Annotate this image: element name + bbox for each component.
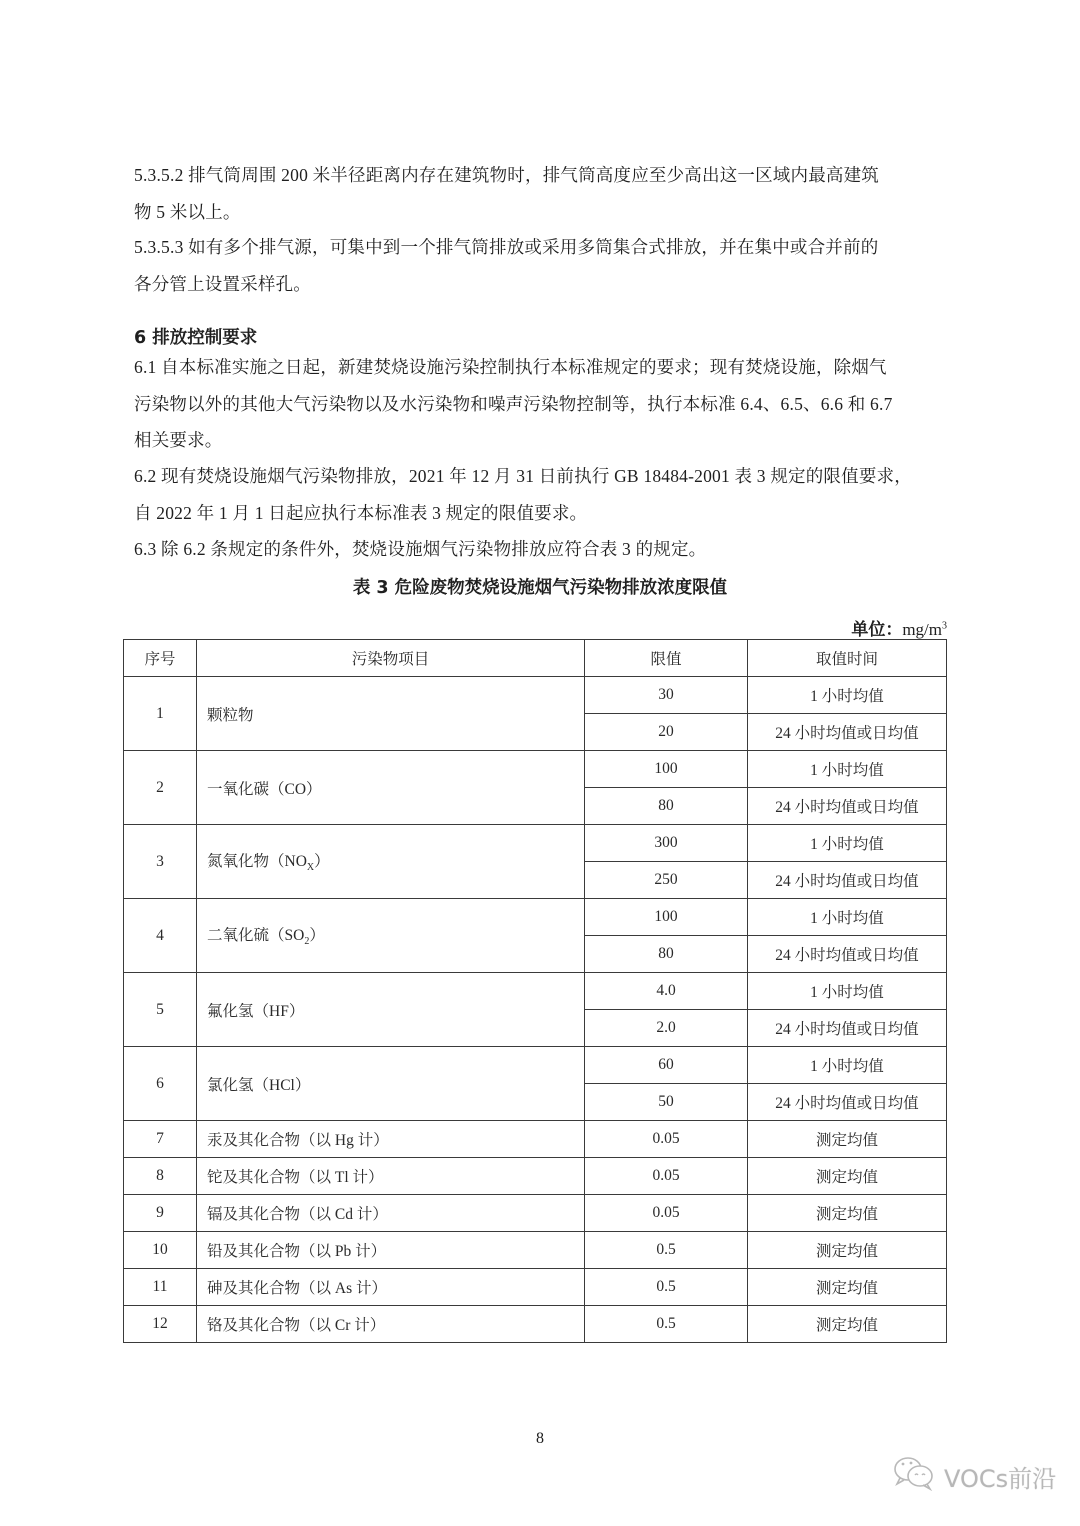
row-no: 3: [124, 825, 197, 899]
table-row: 7 汞及其化合物（以 Hg 计） 0.05 测定均值: [124, 1121, 947, 1158]
row-time: 1 小时均值: [748, 677, 947, 714]
row-limit: 0.05: [585, 1121, 748, 1158]
row-no: 5: [124, 973, 197, 1047]
row-limit: 60: [585, 1047, 748, 1084]
row-time: 测定均值: [748, 1195, 947, 1232]
watermark: VOCs前沿: [892, 1455, 1056, 1497]
row-pollutant: 氯化氢（HCl）: [197, 1047, 585, 1121]
pollutant-suffix: ）: [309, 927, 325, 944]
row-time: 24 小时均值或日均值: [748, 1084, 947, 1121]
row-pollutant: 铊及其化合物（以 Tl 计）: [197, 1158, 585, 1195]
row-pollutant: 颗粒物: [197, 677, 585, 751]
row-no: 6: [124, 1047, 197, 1121]
table-row: 3 氮氧化物（NOX） 300 1 小时均值: [124, 825, 947, 862]
table-title: 表 3 危险废物焚烧设施烟气污染物排放浓度限值: [0, 574, 1080, 599]
section-6-heading: 6 排放控制要求: [134, 324, 257, 349]
clause-5-3-5-2: 5.3.5.2 排气筒周围 200 米半径距离内存在建筑物时，排气筒高度应至少高…: [134, 157, 954, 230]
table-row: 1 颗粒物 30 1 小时均值: [124, 677, 947, 714]
row-limit: 0.5: [585, 1232, 748, 1269]
table-row: 10 铅及其化合物（以 Pb 计） 0.5 测定均值: [124, 1232, 947, 1269]
row-pollutant: 氟化氢（HF）: [197, 973, 585, 1047]
row-limit: 300: [585, 825, 748, 862]
row-time: 测定均值: [748, 1269, 947, 1306]
table-row: 12 铬及其化合物（以 Cr 计） 0.5 测定均值: [124, 1306, 947, 1343]
clause-line: 物 5 米以上。: [134, 194, 954, 231]
row-no: 2: [124, 751, 197, 825]
clause-line: 各分管上设置采样孔。: [134, 266, 954, 303]
row-pollutant: 一氧化碳（CO）: [197, 751, 585, 825]
row-pollutant: 砷及其化合物（以 As 计）: [197, 1269, 585, 1306]
row-time: 24 小时均值或日均值: [748, 788, 947, 825]
row-limit: 0.05: [585, 1158, 748, 1195]
row-no: 9: [124, 1195, 197, 1232]
row-limit: 0.5: [585, 1306, 748, 1343]
table-row: 6 氯化氢（HCl） 60 1 小时均值: [124, 1047, 947, 1084]
table-row: 4 二氧化硫（SO2） 100 1 小时均值: [124, 899, 947, 936]
row-no: 7: [124, 1121, 197, 1158]
row-limit: 0.05: [585, 1195, 748, 1232]
pollutant-suffix: ）: [314, 853, 330, 870]
row-no: 4: [124, 899, 197, 973]
row-time: 测定均值: [748, 1121, 947, 1158]
clause-line: 6.1 自本标准实施之日起，新建焚烧设施污染控制执行本标准规定的要求；现有焚烧设…: [134, 349, 954, 386]
row-pollutant: 铅及其化合物（以 Pb 计）: [197, 1232, 585, 1269]
row-limit: 250: [585, 862, 748, 899]
row-time: 24 小时均值或日均值: [748, 862, 947, 899]
row-limit: 100: [585, 899, 748, 936]
row-limit: 0.5: [585, 1269, 748, 1306]
page-number: 8: [0, 1430, 1080, 1448]
unit-value: mg/m: [902, 620, 942, 639]
pollutant-name: 二氧化硫（SO: [207, 927, 304, 944]
row-time: 1 小时均值: [748, 973, 947, 1010]
clause-line: 5.3.5.3 如有多个排气源，可集中到一个排气筒排放或采用多筒集合式排放，并在…: [134, 229, 954, 266]
row-no: 11: [124, 1269, 197, 1306]
table-header-row: 序号 污染物项目 限值 取值时间: [124, 640, 947, 677]
table-row: 11 砷及其化合物（以 As 计） 0.5 测定均值: [124, 1269, 947, 1306]
clause-5-3-5-3: 5.3.5.3 如有多个排气源，可集中到一个排气筒排放或采用多筒集合式排放，并在…: [134, 229, 954, 302]
clause-line: 相关要求。: [134, 422, 954, 459]
row-time: 1 小时均值: [748, 899, 947, 936]
header-no: 序号: [124, 640, 197, 677]
row-limit: 50: [585, 1084, 748, 1121]
unit-prefix: 单位：: [851, 620, 902, 640]
clause-line: 5.3.5.2 排气筒周围 200 米半径距离内存在建筑物时，排气筒高度应至少高…: [134, 157, 954, 194]
emission-limits-table: 序号 污染物项目 限值 取值时间 1 颗粒物 30 1 小时均值 20 24 小…: [123, 639, 947, 1343]
header-time: 取值时间: [748, 640, 947, 677]
row-limit: 4.0: [585, 973, 748, 1010]
row-limit: 2.0: [585, 1010, 748, 1047]
header-limit: 限值: [585, 640, 748, 677]
row-time: 1 小时均值: [748, 1047, 947, 1084]
row-time: 24 小时均值或日均值: [748, 1010, 947, 1047]
table-row: 5 氟化氢（HF） 4.0 1 小时均值: [124, 973, 947, 1010]
clause-line: 6.3 除 6.2 条规定的条件外，焚烧设施烟气污染物排放应符合表 3 的规定。: [134, 531, 954, 568]
row-time: 24 小时均值或日均值: [748, 714, 947, 751]
header-pollutant: 污染物项目: [197, 640, 585, 677]
row-no: 8: [124, 1158, 197, 1195]
row-pollutant: 镉及其化合物（以 Cd 计）: [197, 1195, 585, 1232]
unit-label: 单位：mg/m3: [851, 615, 947, 640]
row-time: 测定均值: [748, 1232, 947, 1269]
row-limit: 30: [585, 677, 748, 714]
row-limit: 100: [585, 751, 748, 788]
row-no: 12: [124, 1306, 197, 1343]
clause-6-2: 6.2 现有焚烧设施烟气污染物排放，2021 年 12 月 31 日前执行 GB…: [134, 458, 954, 531]
row-no: 1: [124, 677, 197, 751]
unit-exponent: 3: [942, 620, 947, 631]
row-no: 10: [124, 1232, 197, 1269]
clause-6-3: 6.3 除 6.2 条规定的条件外，焚烧设施烟气污染物排放应符合表 3 的规定。: [134, 531, 954, 568]
watermark-text: VOCs前沿: [944, 1459, 1056, 1494]
row-time: 1 小时均值: [748, 825, 947, 862]
row-time: 测定均值: [748, 1306, 947, 1343]
row-time: 1 小时均值: [748, 751, 947, 788]
row-pollutant: 铬及其化合物（以 Cr 计）: [197, 1306, 585, 1343]
row-pollutant: 汞及其化合物（以 Hg 计）: [197, 1121, 585, 1158]
table-row: 2 一氧化碳（CO） 100 1 小时均值: [124, 751, 947, 788]
wechat-icon: [892, 1455, 938, 1497]
clause-6-1: 6.1 自本标准实施之日起，新建焚烧设施污染控制执行本标准规定的要求；现有焚烧设…: [134, 349, 954, 459]
table-row: 8 铊及其化合物（以 Tl 计） 0.05 测定均值: [124, 1158, 947, 1195]
row-time: 24 小时均值或日均值: [748, 936, 947, 973]
row-pollutant: 氮氧化物（NOX）: [197, 825, 585, 899]
row-limit: 80: [585, 936, 748, 973]
row-pollutant: 二氧化硫（SO2）: [197, 899, 585, 973]
table-row: 9 镉及其化合物（以 Cd 计） 0.05 测定均值: [124, 1195, 947, 1232]
row-limit: 20: [585, 714, 748, 751]
clause-line: 自 2022 年 1 月 1 日起应执行本标准表 3 规定的限值要求。: [134, 495, 954, 532]
row-time: 测定均值: [748, 1158, 947, 1195]
clause-line: 污染物以外的其他大气污染物以及水污染物和噪声污染物控制等，执行本标准 6.4、6…: [134, 386, 954, 423]
pollutant-name: 氮氧化物（NO: [207, 853, 307, 870]
clause-line: 6.2 现有焚烧设施烟气污染物排放，2021 年 12 月 31 日前执行 GB…: [134, 458, 954, 495]
row-limit: 80: [585, 788, 748, 825]
